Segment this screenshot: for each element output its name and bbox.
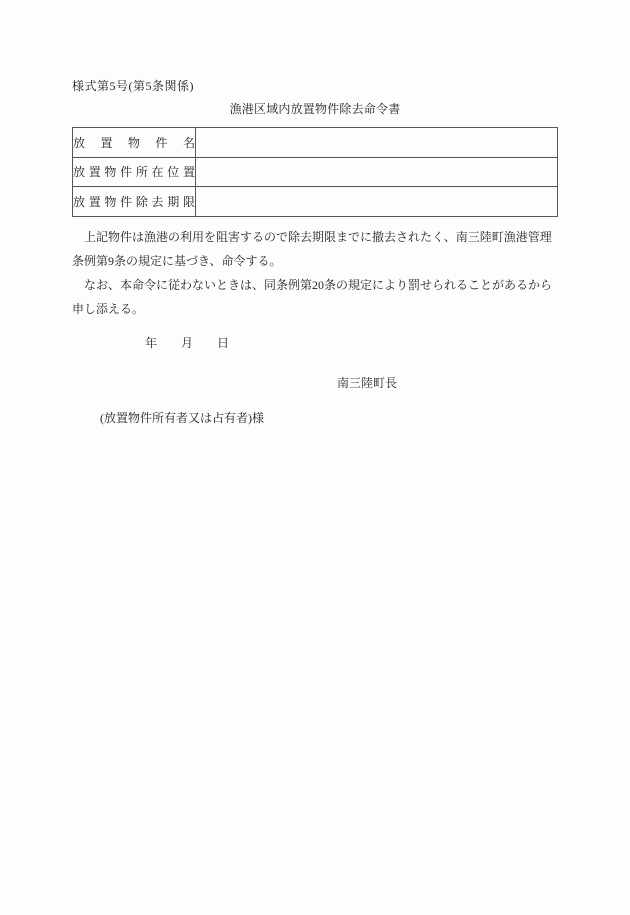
table-row: 放置物件所在位置 <box>73 157 558 187</box>
items-table: 放置物件名 放置物件所在位置 放置物件除去期限 <box>72 127 558 217</box>
table-row: 放置物件除去期限 <box>73 187 558 217</box>
document-title: 漁港区域内放置物件除去命令書 <box>72 97 558 121</box>
body-paragraph-order: 上記物件は漁港の利用を阻害するので除去期限までに撤去されたく、南三陸町漁港管理条… <box>72 225 556 273</box>
addressee-line: (放置物件所有者又は占有者)様 <box>72 406 264 430</box>
table-row: 放置物件名 <box>73 128 558 158</box>
form-number: 様式第5号(第5条関係) <box>72 74 194 98</box>
row-label-item-name: 放置物件名 <box>73 128 196 158</box>
date-line: 年 月 日 <box>72 331 229 355</box>
document-page: 様式第5号(第5条関係) 漁港区域内放置物件除去命令書 放置物件名 放置物件所在… <box>0 0 630 915</box>
body-paragraph-penalty-note: なお、本命令に従わないときは、同条例第20条の規定により罰せられることがあるから… <box>72 273 556 321</box>
body-text: 上記物件は漁港の利用を阻害するので除去期限までに撤去されたく、南三陸町漁港管理条… <box>72 225 556 321</box>
row-value-item-name <box>196 128 558 158</box>
row-label-item-location: 放置物件所在位置 <box>73 157 196 187</box>
row-label-removal-deadline: 放置物件除去期限 <box>73 187 196 217</box>
row-value-item-location <box>196 157 558 187</box>
issuer-line: 南三陸町長 <box>72 371 397 395</box>
row-value-removal-deadline <box>196 187 558 217</box>
